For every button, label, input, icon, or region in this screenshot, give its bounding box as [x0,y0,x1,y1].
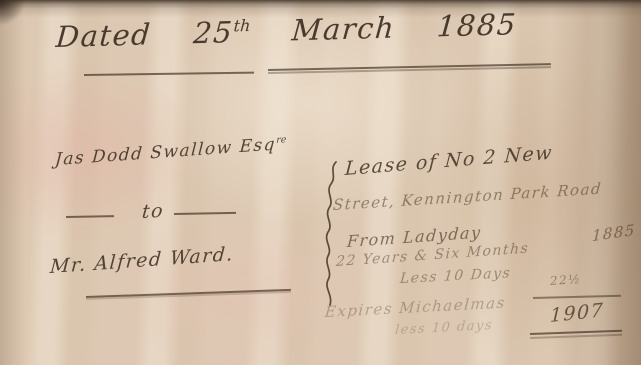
lease-expires-label: Expires Michaelmas [324,293,506,321]
lease-expires-year: 1907 [550,299,605,327]
dated-word: Dated [55,17,153,54]
title-underline-left [84,72,254,76]
title-underline-right [268,63,551,71]
dated-line: Dated 25th March 1885 [55,7,519,54]
expires-year-underline [530,330,622,335]
sum-rule [533,295,621,299]
lease-line1: Lease of No 2 New [344,142,553,181]
lease-line2: Street, Kennington Park Road [332,179,603,214]
dated-day-ordinal: th [233,16,251,36]
deed-cover-photo: Dated 25th March 1885 Jas Dodd Swallow E… [0,0,641,365]
connector-word: to [141,200,165,223]
left-brace-mark [322,160,344,308]
dated-year: 1885 [436,7,518,43]
dated-month: March [291,10,397,47]
dated-day: 25th [192,15,251,51]
lease-less-label: Less 10 Days [399,265,512,287]
lease-faded-note: less 10 days [394,318,493,338]
lessee-name: Mr. Alfred Ward. [49,243,234,278]
connector-dash-left [66,215,114,218]
connector-dash-right [174,212,236,215]
lease-from-year: 1885 [592,221,636,245]
lease-less-value: 22½ [550,272,582,288]
lessor-name: Jas Dodd Swallow Esqre [54,134,286,170]
lessee-underline [86,289,291,298]
lessor-ordinal: re [276,134,287,146]
